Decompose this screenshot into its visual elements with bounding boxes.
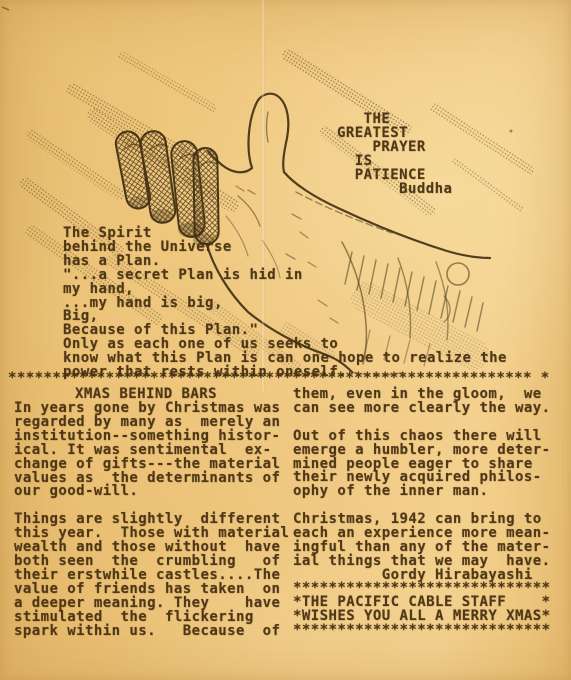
asterisk-separator: ****************************************… [8,372,550,386]
buddha-prayer-quote: THE GREATEST PRAYER IS PATIENCE Buddha [337,113,452,196]
newsletter-page: THE GREATEST PRAYER IS PATIENCE Buddha T… [0,0,571,680]
spirit-plan-quote: The Spirit behind the Universe has a Pla… [63,227,507,380]
right-column-body: them, even in the gloom, we can see more… [293,388,550,583]
staff-greeting-box: ***************************** *THE PACIF… [293,582,550,638]
left-column-body: In years gone by Christmas was regarded … [14,402,289,638]
